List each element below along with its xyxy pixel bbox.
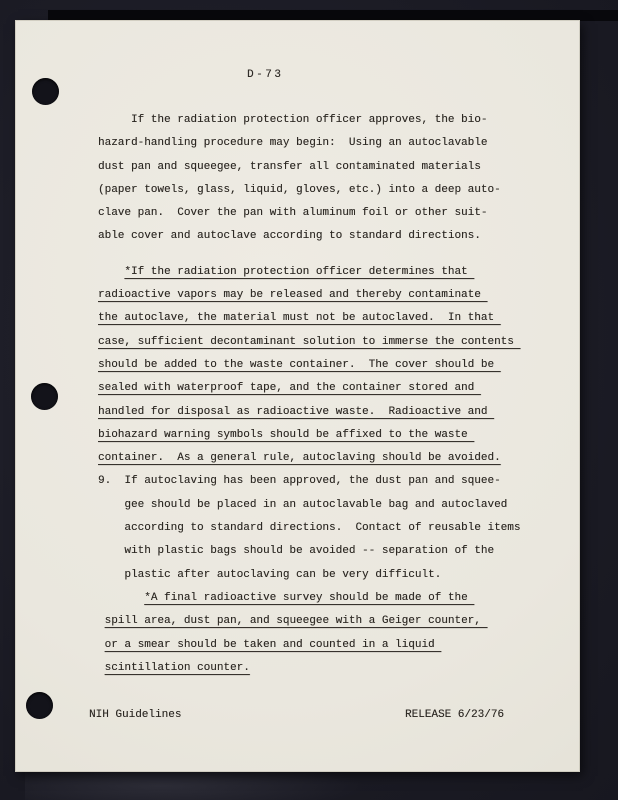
text-line: according to standard directions. Contac…: [98, 517, 568, 540]
text-line: scintillation counter.: [98, 657, 568, 680]
list-item-9-autoclaving-approved: 9. If autoclaving has been approved, the…: [98, 470, 568, 586]
text-line: biohazard warning symbols should be affi…: [98, 424, 568, 447]
footer-document-title: NIH Guidelines: [89, 704, 181, 727]
punch-hole-middle: [31, 383, 58, 410]
document-body: If the radiation protection officer appr…: [98, 109, 568, 680]
text-line: able cover and autoclave according to st…: [98, 225, 568, 248]
text-line: spill area, dust pan, and squeegee with …: [98, 610, 568, 633]
text-line: (paper towels, glass, liquid, gloves, et…: [98, 179, 568, 202]
background-texture: [25, 772, 365, 800]
punch-hole-top: [32, 78, 59, 105]
text-line: *A final radioactive survey should be ma…: [98, 587, 568, 610]
text-line: or a smear should be taken and counted i…: [98, 634, 568, 657]
text-line: with plastic bags should be avoided -- s…: [98, 540, 568, 563]
text-line: clave pan. Cover the pan with aluminum f…: [98, 202, 568, 225]
text-line: 9. If autoclaving has been approved, the…: [98, 470, 568, 493]
document-page: D-73 If the radiation protection officer…: [15, 20, 580, 772]
text-line: hazard-handling procedure may begin: Usi…: [98, 132, 568, 155]
text-line: gee should be placed in an autoclavable …: [98, 494, 568, 517]
punch-hole-bottom: [26, 692, 53, 719]
paragraph-autoclave-procedure: If the radiation protection officer appr…: [98, 109, 568, 249]
text-line: *If the radiation protection officer det…: [98, 261, 568, 284]
text-line: should be added to the waste container. …: [98, 354, 568, 377]
paragraph-final-survey: *A final radioactive survey should be ma…: [98, 587, 568, 680]
text-line: If the radiation protection officer appr…: [98, 109, 568, 132]
text-line: case, sufficient decontaminant solution …: [98, 331, 568, 354]
paragraph-radioactive-vapors-warning: *If the radiation protection officer det…: [98, 261, 568, 471]
page-number: D-73: [247, 64, 283, 87]
text-line: the autoclave, the material must not be …: [98, 307, 568, 330]
text-line: sealed with waterproof tape, and the con…: [98, 377, 568, 400]
text-line: handled for disposal as radioactive wast…: [98, 401, 568, 424]
text-line: radioactive vapors may be released and t…: [98, 284, 568, 307]
text-line: plastic after autoclaving can be very di…: [98, 564, 568, 587]
scan-background: D-73 If the radiation protection officer…: [0, 0, 618, 800]
text-line: dust pan and squeegee, transfer all cont…: [98, 156, 568, 179]
footer-release-date: RELEASE 6/23/76: [405, 704, 504, 727]
text-line: container. As a general rule, autoclavin…: [98, 447, 568, 470]
